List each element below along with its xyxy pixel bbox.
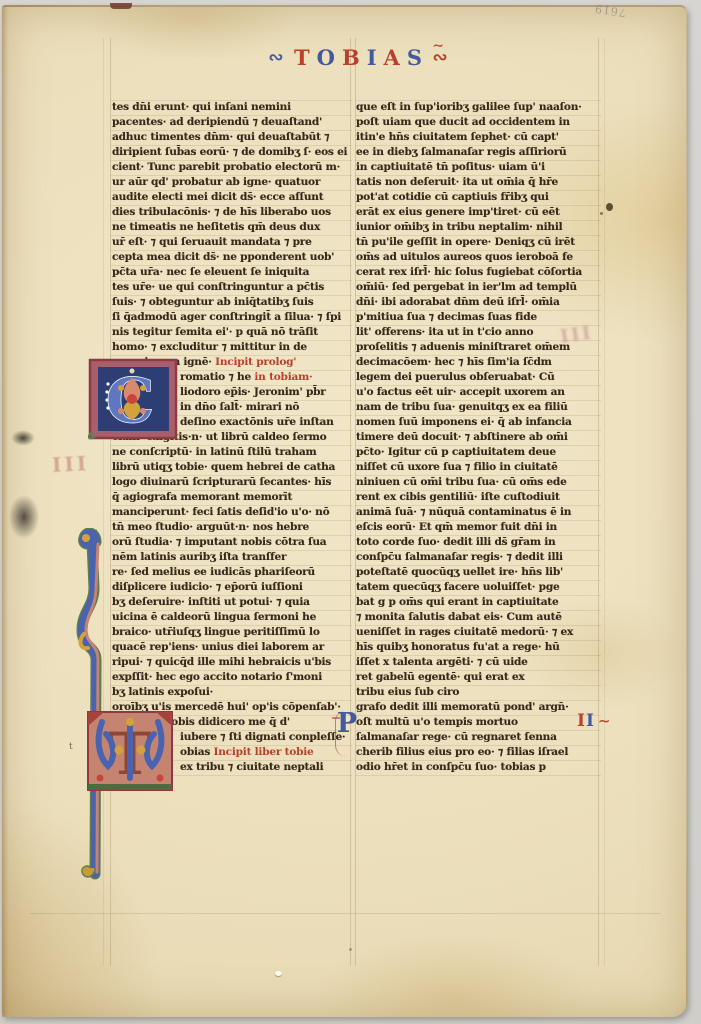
text-run: romatio ⁊ he [180,371,254,383]
running-title-letter: S [407,45,422,70]
text-run: om̄s ad uitulos aureos quos ieroboā fe [356,251,573,263]
dark-spot-stain [606,203,613,211]
manuscript-text-line: bʒ deſeruire· inſtiti ut potui· ⁊ quia [112,595,352,610]
vertical-ruling [604,38,605,966]
manuscript-text-line: timere deū docuit· ⁊ abſtinere ab om̄i [356,430,600,445]
text-run: ur aūr qd' probatur ab igne· quatuor [112,176,320,188]
manuscript-text-line: diſplicere iudicio· ⁊ ep̄orū iuſſioni [112,580,352,595]
text-run: poteſtatē quocūqʒ uellet ire· hn̄s lib' [356,566,563,578]
rubric-text: in tobiam· [254,371,312,383]
manuscript-text-line: ret gabelū egentē· qui erat ex [356,670,600,685]
manuscript-text-line: tn̄ meo ſtudio· arguūt·n· nos hebre [112,520,352,535]
text-run: que eſt in ſup'ioribʒ galilee ſup' naaſo… [356,101,582,113]
manuscript-text-line: ſalmanaſar rege· cū regnaret ſenna [356,730,600,745]
manuscript-text-line: u'o factus eēt uir· accepit uxorem an [356,385,600,400]
text-run: diſplicere iudicio· ⁊ ep̄orū iuſſioni [112,581,303,593]
manuscript-text-line: cerat rex iſrl̄· hic ſolus fugiebat cōſo… [356,265,600,280]
text-run: poſt uiam que ducit ad occidentem in [356,116,570,128]
manuscript-text-line: tatis non deſeruit· ita ut om̄ia q̄ hr̄e [356,175,600,190]
manuscript-text-line: ueniſſet in rages ciuitatē medorū· ⁊ ex [356,625,600,640]
manuscript-text-line: nēm latinis auribʒ iſta tranſfer [112,550,352,565]
manuscript-text-line: eſcis eorū· Et qm̄ memor fuit dn̄i in [356,520,600,535]
manuscript-text-line: ne conſcriptū· in latinū ſtilū traham [112,445,352,460]
text-run: lit' offerens· ita ut in t'cio anno [356,326,533,338]
text-run: proſelitis ⁊ aduenis miniſtraret om̄em [356,341,570,353]
white-fleck [275,971,282,976]
text-run: ne conſcriptū· in latinū ſtilū traham [112,446,316,458]
manuscript-text-line: braico· utr̄iuſqʒ lingue peritiſſimū lo [112,625,352,640]
red-squiggle-icon: ∼ [598,712,612,730]
manuscript-text-line: ne timeatis ne heſitetis qm̄ deus dux [112,220,352,235]
quire-mark-left: III [51,451,89,477]
text-run: quacē rep'iens· unius diei laborem ar [112,641,324,653]
chapter-numeral-digit: I [577,711,586,731]
text-run: tes ur̄e· ue qui conſtringuntur a pc̄tis [112,281,324,293]
text-run: audite electi mei dicit ds̄· ecce aſſunt [112,191,323,203]
manuscript-text-line: ee in diebʒ ſalmanaſar regis aſſiriorū [356,145,600,160]
text-column-right: que eſt in ſup'ioribʒ galilee ſup' naaſo… [356,100,600,775]
manuscript-text-line: pacentes· ad deripiendū ⁊ deuaſtand' [112,115,352,130]
text-run: pc̄to· Igitur cū p captiuitatem deue [356,446,556,458]
manuscript-text-line: nam de tribu ſua· genuitqʒ ex ea filiū [356,400,600,415]
manuscript-text-line: orū ſtudia· ⁊ imputant nobis cōtra ſua [112,535,352,550]
stray-letter-mark: t [69,742,73,752]
running-title-letter: O [317,45,335,70]
text-run: ſi q̄admodū ager conſtringit̄ a ſilua· ⁊… [112,311,341,323]
manuscript-text-line: cient· Tunc parebit probatio electorū m· [112,160,352,175]
text-run: bʒ deſeruire· inſtiti ut potui· ⁊ quia [112,596,310,608]
manuscript-text-line: odio hr̄et in conſpc̄u ſuo· tobias p [356,760,600,775]
manuscript-text-line: cherib filius eius pro eo· ⁊ filias iſra… [356,745,600,760]
text-run: cient· Tunc parebit probatio electorū m· [112,161,340,173]
text-run: conſpc̄u ſalmanaſar regis· ⁊ dedit illi [356,551,563,563]
manuscript-text-line: adhuc timentes dn̄m· qui deuaſtabūt ⁊ [112,130,352,145]
text-run: legem dei puerulus obſeruabat· Cū [356,371,555,383]
manuscript-text-line: bʒ latinis expoſui· [112,685,352,700]
text-run: rent ex cibis gentiliū· iſte cuſtodiuit [356,491,560,503]
manuscript-text-line: cepta mea dicit ds̄· ne pponderent uob' [112,250,352,265]
manuscript-text-line: ſuis· ⁊ obteguntur ab iniq̄tatibʒ ſuis [112,295,352,310]
text-run: odio hr̄et in conſpc̄u ſuo· tobias p [356,761,546,773]
paragraph-initial-p: P [334,709,360,761]
rubric-text: Incipit liber tobie [214,746,314,758]
manuscript-text-line: tes dn̄i erunt· qui inſani nemini [112,100,352,115]
offset-mark-right: III [557,322,592,348]
text-run: ee in diebʒ ſalmanaſar regis aſſiriorū [356,146,567,158]
dark-spot-stain [600,212,603,215]
penwork-flourish-icon [335,711,358,757]
running-title-letter: B [342,45,360,70]
manuscript-text-line: quacē rep'iens· unius diei laborem ar [112,640,352,655]
manuscript-text-line: niſſet cū uxore ſua ⁊ filio in ciuitatē [356,460,600,475]
horizontal-ruling [30,913,661,914]
text-run: tribu eius ſub ciro [356,686,459,698]
text-run: cepta mea dicit ds̄· ne pponderent uob' [112,251,334,263]
manuscript-text-line: hīs quibʒ honoratus fu'at a rege· hū [356,640,600,655]
text-run: expſſit· hec ego accito notario ſ'moni [112,671,322,683]
manuscript-text-line: ſi q̄admodū ager conſtringit̄ a ſilua· ⁊… [112,310,352,325]
text-run: nis tegitur ſemita ei'· p quā nō trāſit [112,326,318,338]
text-run: diripient ſub̄as eorū· ⁊ de domibʒ ſ· eo… [112,146,347,158]
text-run: pot'at cotidie cū captiuis fr̄ibʒ qui [356,191,549,203]
text-run: obias [180,746,214,758]
chapter-numeral-ii: II∼ [577,711,611,731]
running-title-letter: I [367,45,377,70]
text-run: iſſet x talenta argēti· ⁊ cū uide [356,656,528,668]
manuscript-text-line: pc̄ta ur̄a· nec ſe eleuent ſe iniquita [112,265,352,280]
text-run: re· ſed melius ee iudicās phariſeorū [112,566,315,578]
manuscript-text-line: re· ſed melius ee iudicās phariſeorū [112,565,352,580]
prologue-text: ciam· exigitis·n· ut librū caldeo ſermon… [112,430,352,730]
vertical-ruling [110,38,111,966]
text-run: tn̄ pu'ile geſſit in opere· Deniqʒ cū ir… [356,236,575,248]
text-run: niniuen cū om̄i tribu ſua· cū om̄s ede [356,476,567,488]
manuscript-text-line: legem dei puerulus obſeruabat· Cū [356,370,600,385]
text-run: adhuc timentes dn̄m· qui deuaſtabūt ⁊ [112,131,329,143]
text-run: grafo dedit illi memoratū pond' argn̄· [356,701,569,713]
manuscript-text-line: ur aūr qd' probatur ab igne· quatuor [112,175,352,190]
manuscript-text-line: dn̄i· ibi adorabat dn̄m deū iſrl̄· om̄ia [356,295,600,310]
text-run: erāt ex eius genere imp'tiret· cū eēt [356,206,560,218]
ink-smudge [8,494,40,540]
manuscript-text-line: q̄ agiografa memorant memorīt [112,490,352,505]
text-run: cerat rex iſrl̄· hic ſolus fugiebat cōſo… [356,266,582,278]
manuscript-text-line: poſt uiam que ducit ad occidentem in [356,115,600,130]
text-run: decimacōem· hec ⁊ hīs ſim'ia ſc̄dm [356,356,552,368]
text-run: deſino exactōnis ur̄e inſtan [180,416,334,428]
manuscript-text-line: iunior om̄ibʒ in tribu neptalim· nihil [356,220,600,235]
manuscript-text-line: homo· ⁊ excluditur ⁊ mittitur in de [112,340,352,355]
manuscript-text-line: animā ſuā· ⁊ nūquā contaminatus ē in [356,505,600,520]
text-run: eſcis eorū· Et qm̄ memor fuit dn̄i in [356,521,557,533]
manuscript-text-line: librū utiqʒ tobie· quem hebrei de catha [112,460,352,475]
manuscript-text-line: rent ex cibis gentiliū· iſte cuſtodiuit [356,490,600,505]
text-run: hīs quibʒ honoratus fu'at a rege· hū [356,641,560,653]
text-run: in dn̄o ſalt̄· mirari nō [180,401,299,413]
manuscript-text-line: logo diuinarū ſcripturarū ſecantes· hīs [112,475,352,490]
text-run: toto corde ſuo· dedit illi ds̄ gr̄am in [356,536,555,548]
text-run: ripui· ⁊ quicq̄d ille mihi hebraicis u'b… [112,656,331,668]
margin-extender-ornament [74,528,110,880]
text-run: p'mitiua ſua ⁊ decimas ſuas fide [356,311,537,323]
text-run: ueniſſet in rages ciuitatē medorū· ⁊ ex [356,626,573,638]
manuscript-text-line: toto corde ſuo· dedit illi ds̄ gr̄am in [356,535,600,550]
manuscript-text-line: pot'at cotidie cū captiuis fr̄ibʒ qui [356,190,600,205]
manuscript-text-line: pc̄to· Igitur cū p captiuitatem deue [356,445,600,460]
manuscript-text-line: itin'e hn̄s ciuitatem ſephet· cū capt' [356,130,600,145]
manuscript-text-line: decimacōem· hec ⁊ hīs ſim'ia ſc̄dm [356,355,600,370]
manuscript-text-line: uicina ē caldeorū lingua ſermoni he [112,610,352,625]
manuscript-text-line: ripui· ⁊ quicq̄d ille mihi hebraicis u'b… [112,655,352,670]
text-run: orū ſtudia· ⁊ imputant nobis cōtra ſua [112,536,326,548]
paraph-flourish-icon: ∾ [268,47,283,68]
manuscript-text-line: ur̄ eſt· ⁊ qui ſeruauit mandata ⁊ pre [112,235,352,250]
illuminated-initial-c: C [88,358,180,442]
text-run: dies tribulacōnis· ⁊ de hīs liberabo uos [112,206,331,218]
manuscript-text-line: p'mitiua ſua ⁊ decimas ſuas fide [356,310,600,325]
manuscript-text-line: om̄iū· ſed pergebat in ier'lm ad templū [356,280,600,295]
text-run: cherib filius eius pro eo· ⁊ filias iſra… [356,746,568,758]
running-title: ∾ TOBIAS ∾ ∼ [238,42,478,72]
text-run: ſuis· ⁊ obteguntur ab iniq̄tatibʒ ſuis [112,296,313,308]
text-run: tn̄ meo ſtudio· arguūt·n· nos hebre [112,521,309,533]
manuscript-text-line: in captiuitatē tn̄ poſitus· uiam ū'i [356,160,600,175]
text-run: ex tribu ⁊ ciuitate neptali [180,761,323,773]
manuscript-text-line: expſſit· hec ego accito notario ſ'moni [112,670,352,685]
text-run: animā ſuā· ⁊ nūquā contaminatus ē in [356,506,571,518]
manuscript-text-line: oſt multū u'o tempis mortuo [356,715,600,730]
text-run: bʒ latinis expoſui· [112,686,213,698]
text-run: pacentes· ad deripiendū ⁊ deuaſtand' [112,116,322,128]
manuscript-text-line: om̄s ad uitulos aureos quos ieroboā fe [356,250,600,265]
text-run: in captiuitatē tn̄ poſitus· uiam ū'i [356,161,545,173]
manuscript-text-line: poteſtatē quocūqʒ uellet ire· hn̄s lib' [356,565,600,580]
text-run: bat g p om̄s qui erant in captiuitate [356,596,558,608]
tilde-flourish-icon: ∼ [432,38,444,54]
manuscript-text-line: tatem quecūqʒ facere uoluiſſet· pge [356,580,600,595]
manuscript-text-line: dies tribulacōnis· ⁊ de hīs liberabo uos [112,205,352,220]
text-run: nomen ſuū imponens ei· q̄ ab infancia [356,416,572,428]
manuscript-text-line: conſpc̄u ſalmanaſar regis· ⁊ dedit illi [356,550,600,565]
rubric-text: Incipit prolog' [215,356,296,368]
running-title-letter: A [384,45,400,70]
manuscript-text-line: manciperunt· feci ſatis deſid'io u'o· nō [112,505,352,520]
text-run: liodoro ep̄is· Jeronim' pb̄r [180,386,326,398]
text-run: om̄iū· ſed pergebat in ier'lm ad templū [356,281,577,293]
manuscript-text-line: tribu eius ſub ciro [356,685,600,700]
text-run: iubere ⁊ ſti dignati conpleſſe· [180,731,345,743]
text-run: ur̄ eſt· ⁊ qui ſeruauit mandata ⁊ pre [112,236,312,248]
manuscript-text-line: ⁊ monita ſalutis dabat eis· Cum autē [356,610,600,625]
text-run: oſt multū u'o tempis mortuo [356,716,518,728]
text-run: q̄ agiografa memorant memorīt [112,491,292,503]
text-run: ⁊ monita ſalutis dabat eis· Cum autē [356,611,562,623]
text-run: nēm latinis auribʒ iſta tranſfer [112,551,286,563]
manuscript-text-line: bat g p om̄s qui erant in captiuitate [356,595,600,610]
text-run: u'o factus eēt uir· accepit uxorem an [356,386,565,398]
manuscript-text-line: grafo dedit illi memoratū pond' argn̄· [356,700,600,715]
text-run: manciperunt· feci ſatis deſid'io u'o· nō [112,506,329,518]
text-run: tatem quecūqʒ facere uoluiſſet· pge [356,581,559,593]
running-title-letter: T [294,45,310,70]
tobit-chapter1-text: que eſt in ſup'ioribʒ galilee ſup' naaſo… [356,100,600,775]
manuscript-text-line: niniuen cū om̄i tribu ſua· cū om̄s ede [356,475,600,490]
text-run: pc̄ta ur̄a· nec ſe eleuent ſe iniquita [112,266,309,278]
text-run: logo diuinarū ſcripturarū ſecantes· hīs [112,476,331,488]
manuscript-text-line: nomen ſuū imponens ei· q̄ ab infancia [356,415,600,430]
esdras-ending-text: tes dn̄i erunt· qui inſani neminipacente… [112,100,352,370]
text-run: tatis non deſeruit· ita ut om̄ia q̄ hr̄e [356,176,558,188]
manuscript-text-line: iſſet x talenta argēti· ⁊ cū uide [356,655,600,670]
text-run: homo· ⁊ excluditur ⁊ mittitur in de [112,341,307,353]
text-run: itin'e hn̄s ciuitatem ſephet· cū capt' [356,131,559,143]
manuscript-text-line: nis tegitur ſemita ei'· p quā nō trāſit [112,325,352,340]
text-run: braico· utr̄iuſqʒ lingue peritiſſimū lo [112,626,320,638]
text-run: dn̄i· ibi adorabat dn̄m deū iſrl̄· om̄ia [356,296,560,308]
text-run: uicina ē caldeorū lingua ſermoni he [112,611,316,623]
red-speck [349,948,352,951]
illuminated-initial-t: T [86,708,176,796]
edge-chip-stain [110,3,132,9]
text-run: tes dn̄i erunt· qui inſani nemini [112,101,291,113]
manuscript-text-line: diripient ſub̄as eorū· ⁊ de domibʒ ſ· eo… [112,145,352,160]
manuscript-text-line: tes ur̄e· ue qui conſtringuntur a pc̄tis [112,280,352,295]
ink-smudge [11,430,35,446]
manuscript-text-line: tn̄ pu'ile geſſit in opere· Deniqʒ cū ir… [356,235,600,250]
running-title-letters: TOBIAS [291,45,426,70]
text-run: timere deū docuit· ⁊ abſtinere ab om̄i [356,431,568,443]
text-run: librū utiqʒ tobie· quem hebrei de catha [112,461,335,473]
chapter-numeral-digit: I [586,711,595,731]
manuscript-text-line: erāt ex eius genere imp'tiret· cū eēt [356,205,600,220]
text-run: ſalmanaſar rege· cū regnaret ſenna [356,731,557,743]
manuscript-text-line: que eſt in ſup'ioribʒ galilee ſup' naaſo… [356,100,600,115]
text-run: ne timeatis ne heſitetis qm̄ deus dux [112,221,320,233]
text-run: nam de tribu ſua· genuitqʒ ex ea filiū [356,401,568,413]
manuscript-text-line: audite electi mei dicit ds̄· ecce aſſunt [112,190,352,205]
text-run: ret gabelū egentē· qui erat ex [356,671,524,683]
text-run: iunior om̄ibʒ in tribu neptalim· nihil [356,221,562,233]
text-run: niſſet cū uxore ſua ⁊ filio in ciuitatē [356,461,558,473]
